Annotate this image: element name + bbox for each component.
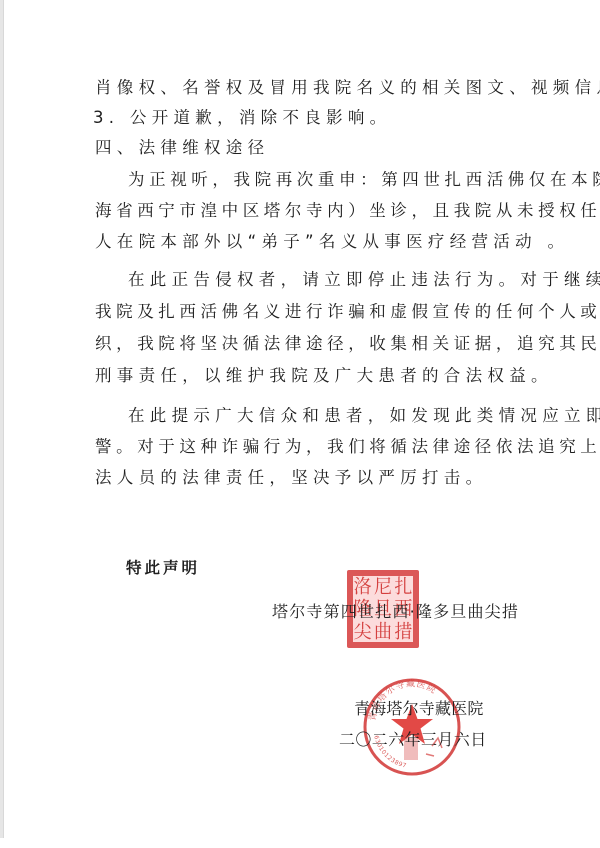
text-line-apology: 3. 公开道歉，消除不良影响。: [93, 108, 392, 128]
paragraph-line: 织，我院将坚决循法律途径，收集相关证据，追究其民事及: [95, 334, 600, 354]
paragraph-line: 法人员的法律责任，坚决予以严厉打击。: [95, 468, 487, 488]
paragraph-line: 为正视听，我院再次重申：第四世扎西活佛仅在本院（青: [128, 170, 600, 190]
signature-line: 塔尔寺第四世扎西·隆多旦曲尖措: [272, 602, 519, 622]
paragraph-line: 在此提示广大信众和患者，如发现此类情况应立即报: [128, 406, 600, 426]
paragraph-line: 海省西宁市湟中区塔尔寺内）坐诊，且我院从未授权任何个: [95, 201, 600, 221]
paragraph-line: 刑事责任，以维护我院及广大患者的合法权益。: [95, 366, 553, 386]
text-line-portrait-rights: 肖像权、名誉权及冒用我院名义的相关图文、视频信息。: [95, 78, 600, 98]
paragraph-line: 警。对于这种诈骗行为，我们将循法律途径依法追究上述不: [95, 437, 600, 457]
issue-date: 二〇二六年三月六日: [339, 730, 487, 750]
seal-glyph: 尖: [353, 620, 372, 642]
issuer-name: 青海塔尔寺藏医院: [354, 699, 484, 719]
seal-glyph: 扎: [394, 575, 413, 597]
seal-glyph: 尼: [373, 575, 392, 597]
paragraph-line: 我院及扎西活佛名义进行诈骗和虚假宣传的任何个人或组: [95, 302, 600, 322]
seal-glyph: 措: [394, 620, 413, 642]
seal-glyph: 曲: [373, 620, 392, 642]
paragraph-line: 在此正告侵权者，请立即停止违法行为。对于继续冒用: [128, 270, 600, 290]
round-seal-stamp: 青海塔尔寺藏医院 6301012389759: [362, 676, 462, 778]
page-left-border: [0, 0, 4, 838]
section-heading-legal-remedies: 四、法律维权途径: [95, 138, 269, 158]
closing-statement: 特此声明: [126, 558, 200, 578]
seal-glyph: 洛: [353, 575, 372, 597]
paragraph-line: 人在院本部外以“弟子”名义从事医疗经营活动 。: [95, 232, 569, 252]
